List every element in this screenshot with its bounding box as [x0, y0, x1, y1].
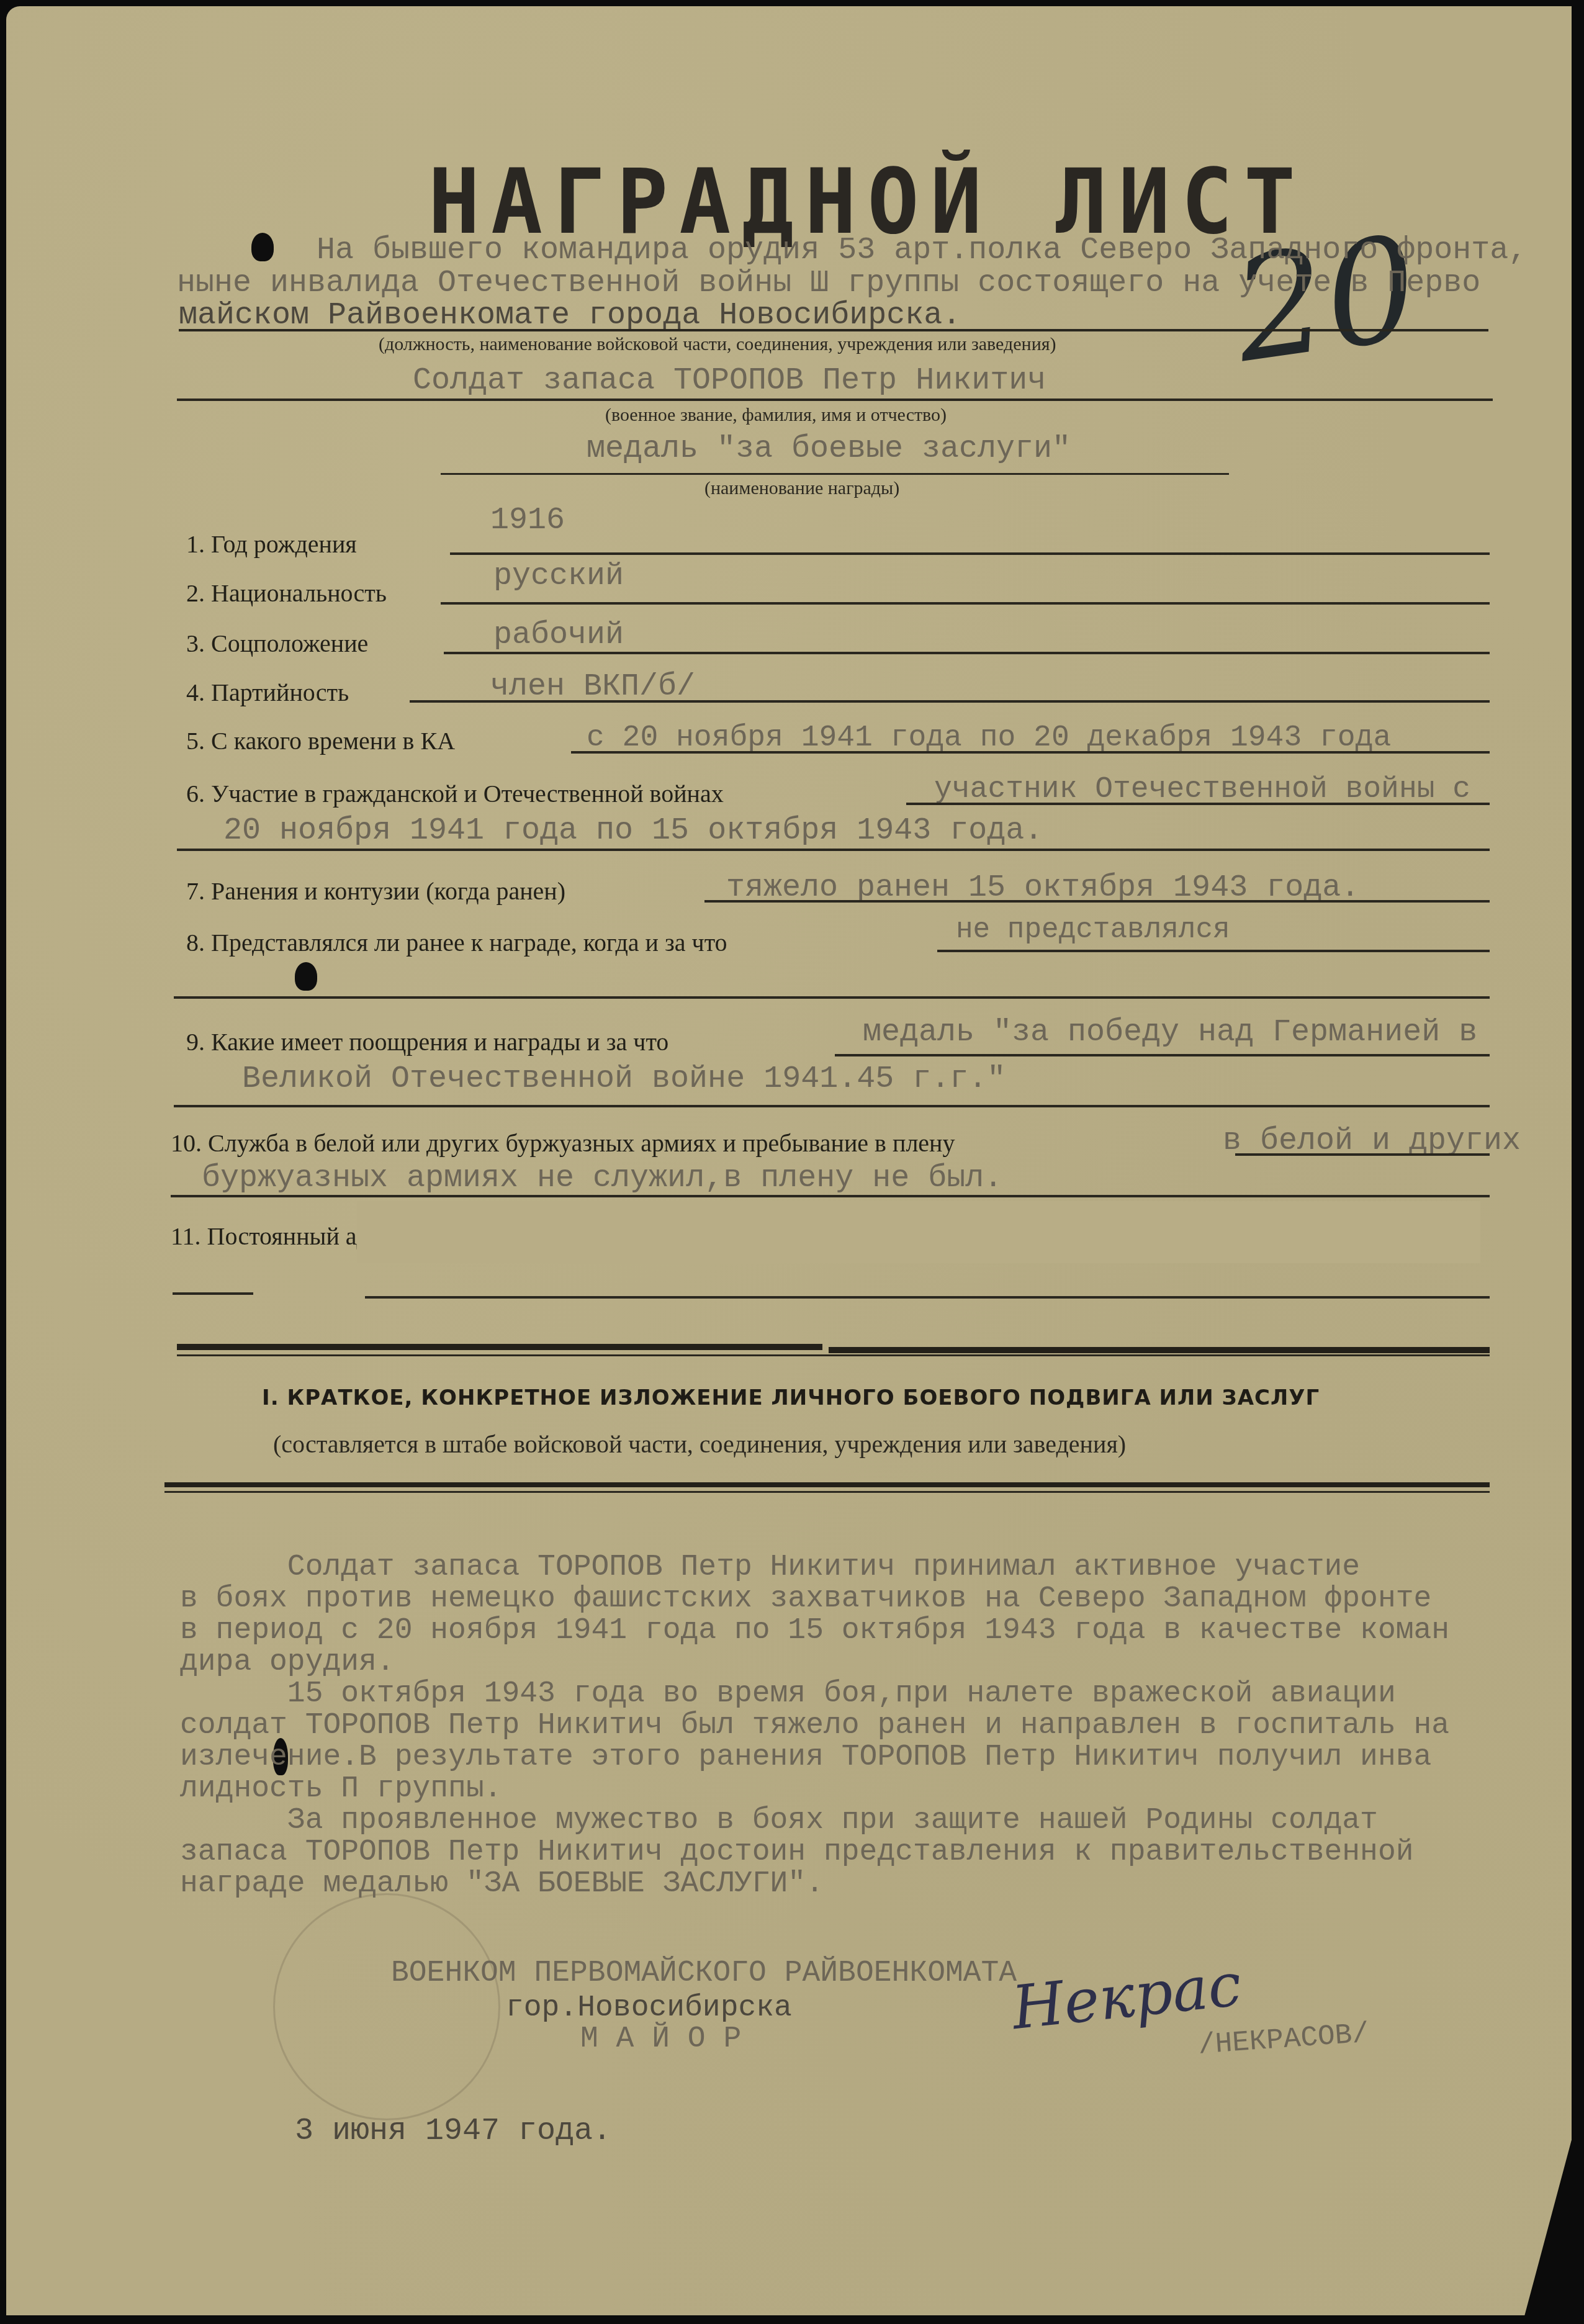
soldier-name: Солдат запаса ТОРОПОВ Петр Никитич — [413, 363, 1046, 399]
field-line-army-since — [571, 751, 1490, 754]
field-line-bourgeois-service — [1235, 1153, 1490, 1156]
award-caption: (наименование награды) — [704, 478, 899, 499]
field-value-war-participation-line2: 20 ноября 1941 года по 15 октября 1943 г… — [223, 813, 1043, 849]
narrative-line: в период с 20 ноября 1941 года по 15 окт… — [180, 1615, 1449, 1647]
award-name: медаль "за боевые заслуги" — [587, 431, 1071, 467]
name-caption: (военное звание, фамилия, имя и отчество… — [605, 405, 947, 426]
field-line-address-left — [173, 1292, 253, 1295]
address-redaction — [357, 1201, 1480, 1263]
field-line-war-participation — [906, 803, 1490, 805]
signatory-office: ВОЕНКОМ ПЕРВОМАЙСКОГО РАЙВОЕНКОМАТА — [391, 1957, 1017, 1990]
field-line-nationality — [441, 602, 1490, 605]
narrative-line: излечение.В результате этого ранения ТОР… — [180, 1742, 1449, 1773]
field-value-war-participation: участник Отечественной войны с — [934, 773, 1470, 806]
signatory-rank: М А Й О Р — [580, 2022, 741, 2056]
field-line-previous-nomination — [937, 950, 1490, 952]
punch-hole-top — [251, 233, 274, 261]
field-line-address — [365, 1296, 1490, 1299]
section-top-rule-left — [177, 1344, 822, 1350]
field-value-nationality: русский — [493, 559, 624, 594]
name-underline — [177, 399, 1493, 401]
field-value-awards: медаль "за победу над Германией в — [863, 1015, 1477, 1050]
field-line-social-status — [444, 652, 1490, 654]
punch-hole-middle — [295, 962, 317, 991]
document-date: 3 июня 1947 года. — [295, 2114, 611, 2149]
field-label-party: 4. Партийность — [186, 678, 349, 707]
section-subheading: (составляется в штабе войсковой части, с… — [273, 1430, 1126, 1459]
narrative-line: За проявленное мужество в боях при защит… — [180, 1805, 1449, 1837]
field-line-bourgeois-service-2 — [171, 1195, 1490, 1197]
narrative-line: запаса ТОРОПОВ Петр Никитич достоин пред… — [180, 1837, 1449, 1868]
field-label-bourgeois-service: 10. Служба в белой или других буржуазных… — [171, 1128, 955, 1158]
position-underline — [179, 329, 1488, 331]
section-top-rule-double — [177, 1354, 1490, 1356]
field-value-bourgeois-service-line2: буржуазных армиях не служил,в плену не б… — [202, 1161, 1002, 1196]
position-caption: (должность, наименование войсковой части… — [379, 334, 1056, 355]
section-top-rule-right — [829, 1347, 1490, 1353]
field-line-birth-year — [450, 552, 1490, 555]
position-line-3: майском Райвоенкомате города Новосибирск… — [179, 298, 961, 333]
field-label-previous-nomination: 8. Представлялся ли ранее к награде, ког… — [186, 928, 727, 957]
field-label-wounds: 7. Ранения и контузии (когда ранен) — [186, 876, 565, 906]
signatory-city: гор.Новосибирска — [506, 1991, 792, 2025]
field-label-war-participation: 6. Участие в гражданской и Отечественной… — [186, 779, 724, 808]
field-label-social-status: 3. Соцположение — [186, 629, 368, 658]
field-line-awards — [835, 1054, 1490, 1056]
narrative-line: лидность П группы. — [180, 1773, 1449, 1805]
position-line-1: На бывшего командира орудия 53 арт.полка… — [317, 233, 1527, 268]
field-label-awards: 9. Какие имеет поощрения и награды и за … — [186, 1027, 668, 1056]
narrative-line: 15 октября 1943 года во время боя,при на… — [180, 1678, 1449, 1710]
field-line-awards-2 — [174, 1105, 1490, 1107]
field-value-awards-line2: Великой Отечественной войне 1941.45 г.г.… — [242, 1061, 1006, 1097]
field-label-birth-year: 1. Год рождения — [186, 529, 357, 559]
narrative-block: Солдат запаса ТОРОПОВ Петр Никитич прини… — [180, 1552, 1449, 1900]
narrative-line: Солдат запаса ТОРОПОВ Петр Никитич прини… — [180, 1552, 1449, 1583]
section-heading: I. КРАТКОЕ, КОНКРЕТНОЕ ИЗЛОЖЕНИЕ ЛИЧНОГО… — [262, 1385, 1320, 1410]
field-value-party: член ВКП/б/ — [490, 669, 695, 705]
narrative-line: солдат ТОРОПОВ Петр Никитич был тяжело р… — [180, 1710, 1449, 1742]
field-label-nationality: 2. Национальность — [186, 579, 387, 608]
narrative-line: в боях против немецко фашистских захватч… — [180, 1583, 1449, 1615]
narrative-line: дира орудия. — [180, 1647, 1449, 1678]
field-line-wounds — [704, 900, 1490, 903]
award-underline — [441, 473, 1229, 475]
section-bottom-rule — [164, 1482, 1490, 1487]
field-value-previous-nomination: не представлялся — [956, 914, 1230, 946]
section-bottom-rule-double — [164, 1491, 1490, 1493]
field-value-social-status: рабочий — [493, 618, 624, 653]
signatory-name: /НЕКРАСОВ/ — [1197, 2017, 1370, 2061]
field-value-army-since: с 20 ноября 1941 года по 20 декабря 1943… — [587, 721, 1391, 755]
field-line-war-participation-2 — [177, 849, 1490, 851]
field-label-army-since: 5. С какого времени в КА — [186, 726, 455, 755]
field-line-previous-nomination-2 — [174, 996, 1490, 999]
official-stamp — [273, 1893, 500, 2120]
field-line-party — [410, 700, 1490, 703]
field-value-birth-year: 1916 — [490, 503, 565, 538]
award-sheet-page: НАГРАДНОЙ ЛИСТ 20 На бывшего командира о… — [6, 6, 1572, 2315]
position-line-2: ныне инвалида Отечественной войны Ш груп… — [177, 266, 1480, 301]
